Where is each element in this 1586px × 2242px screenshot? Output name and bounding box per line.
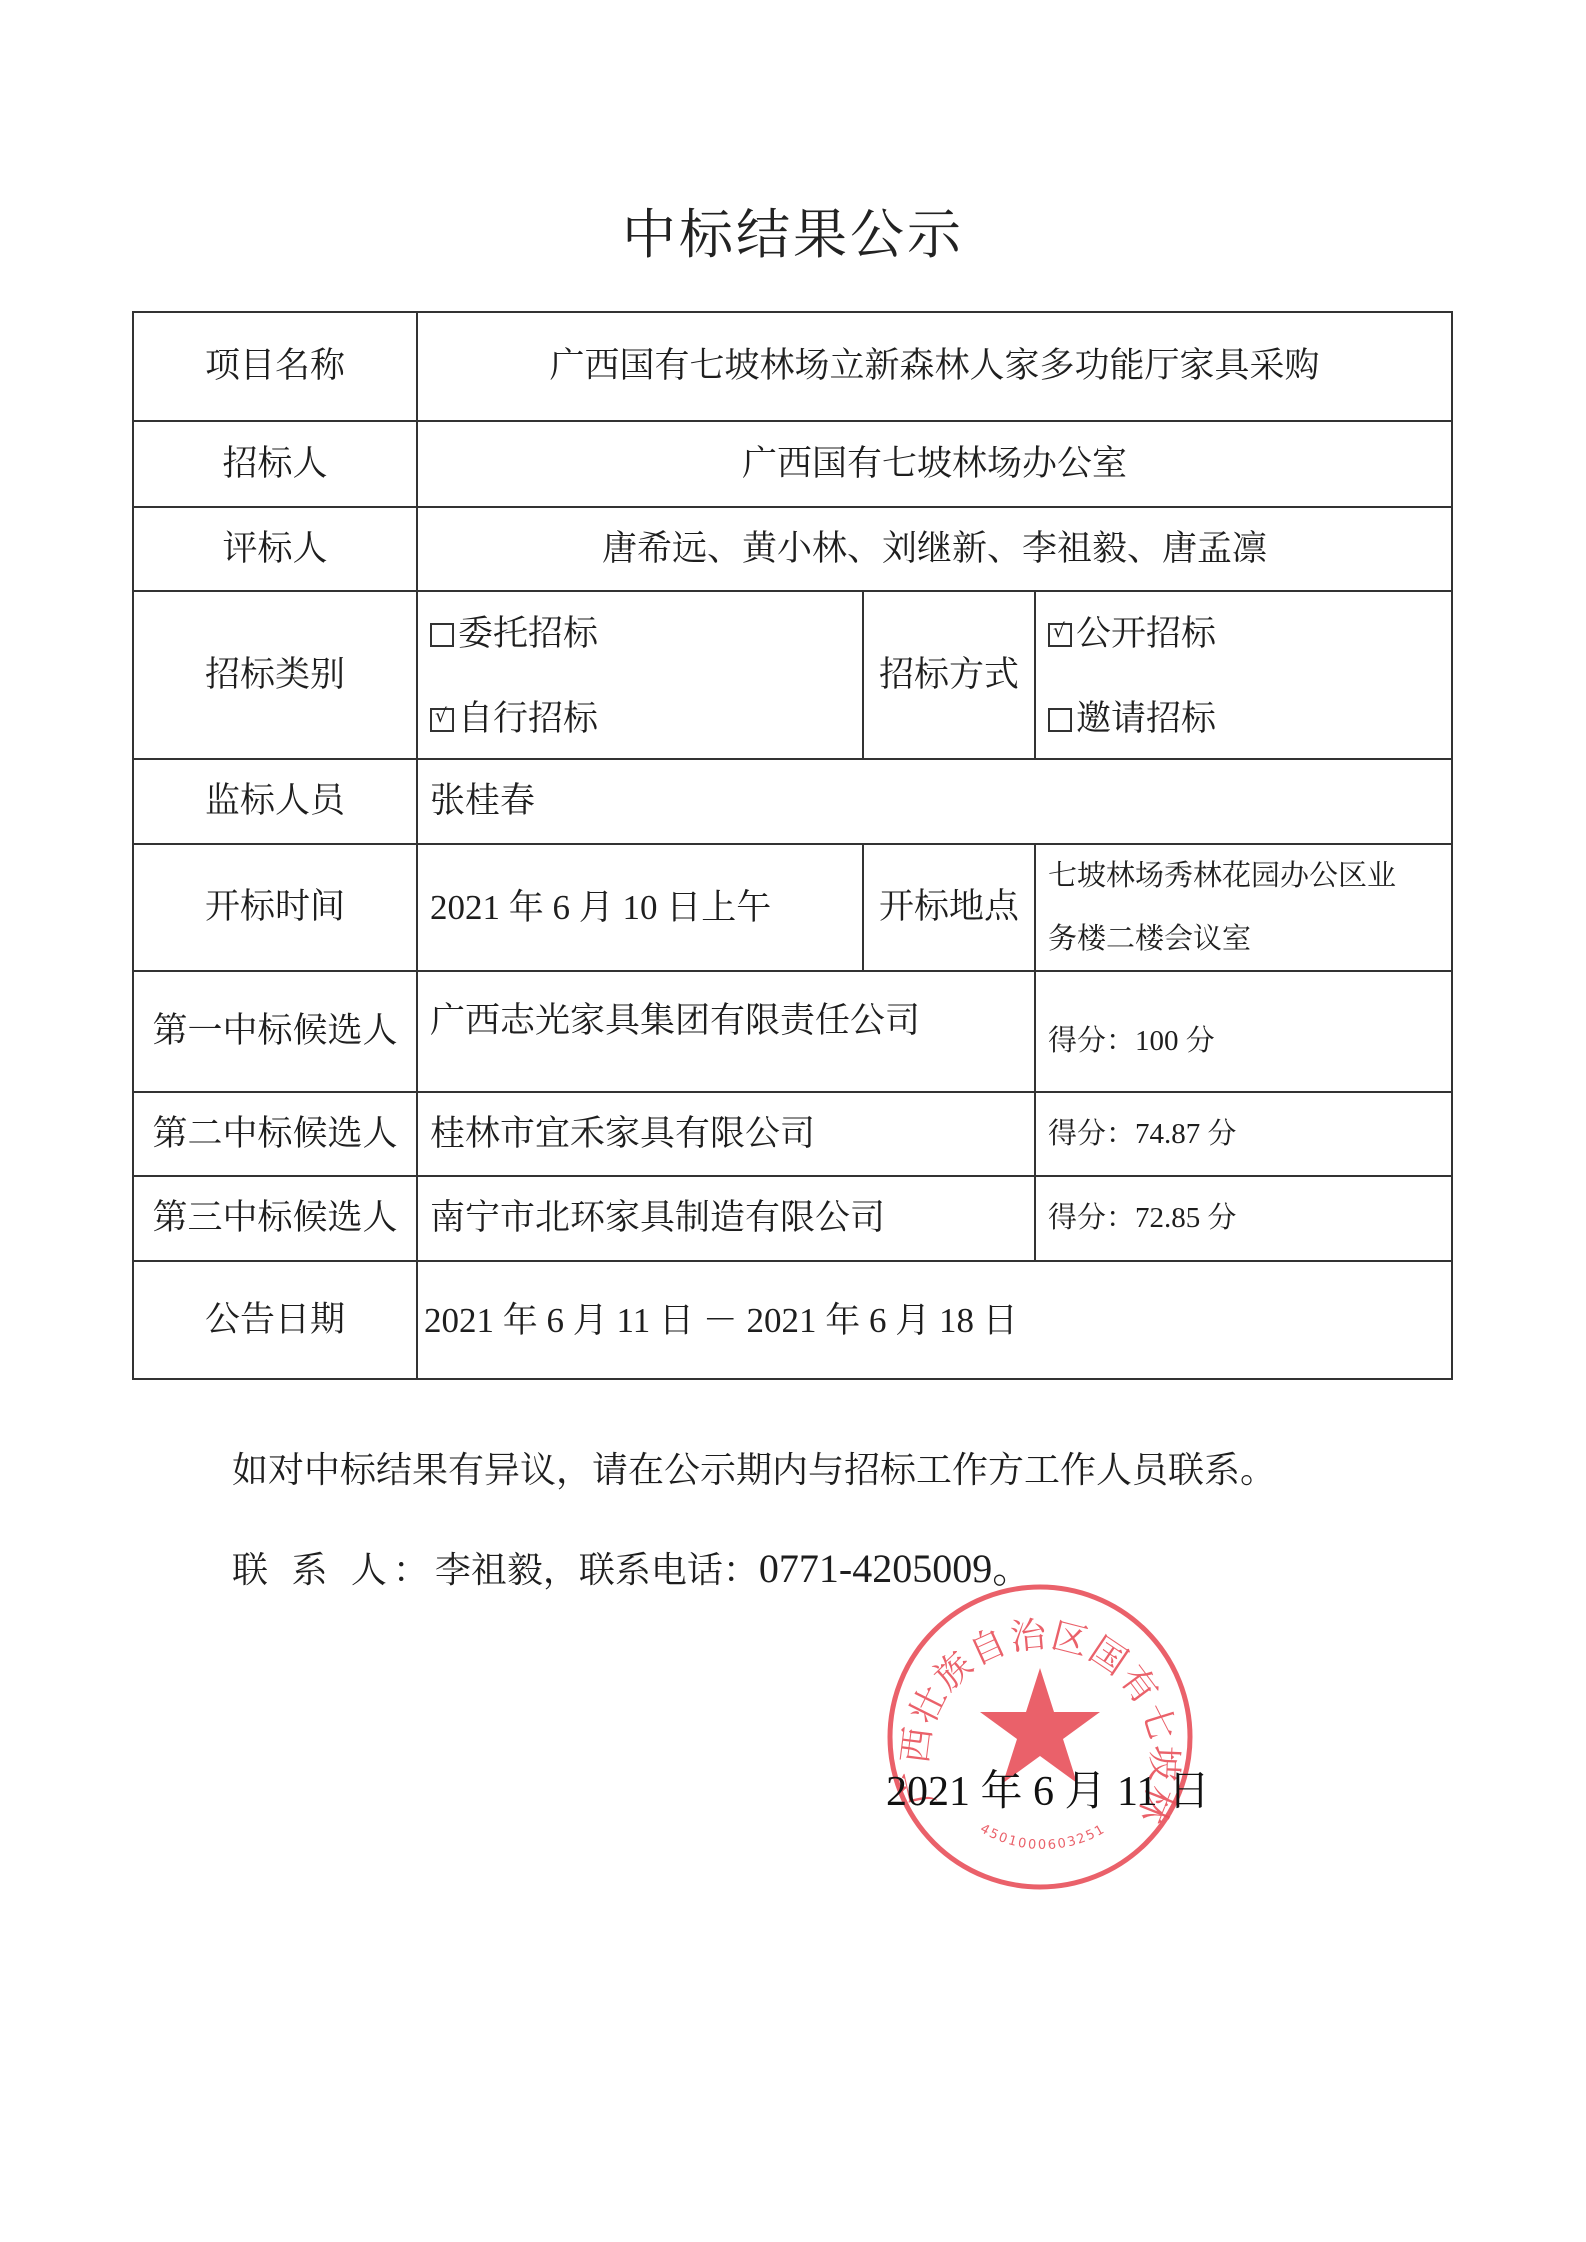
option-label: 自行招标 bbox=[458, 702, 598, 737]
project-name-label: 项目名称 bbox=[134, 312, 416, 420]
col-divider bbox=[1034, 590, 1036, 758]
option-label: 邀请招标 bbox=[1076, 702, 1216, 737]
tender-category-option-self[interactable]: √ 自行招标 bbox=[430, 702, 598, 737]
evaluators-label: 评标人 bbox=[134, 508, 416, 590]
checkbox-checked-icon: √ bbox=[1048, 623, 1072, 647]
tender-category-option-entrusted[interactable]: 委托招标 bbox=[430, 617, 598, 652]
candidate-score: 得分：74.87 分 bbox=[1036, 1093, 1451, 1175]
candidate-score: 得分：72.85 分 bbox=[1036, 1177, 1451, 1260]
candidate-rank: 第一中标候选人 bbox=[134, 972, 416, 1091]
notice-date-value: 2021 年 6 月 11 日 － 2021 年 6 月 18 日 bbox=[412, 1262, 1451, 1378]
candidate-score: 得分：100 分 bbox=[1036, 982, 1451, 1101]
option-label: 公开招标 bbox=[1076, 617, 1216, 652]
svg-text:4501000603251: 4501000603251 bbox=[977, 1821, 1108, 1853]
evaluators-value: 唐希远、黄小林、刘继新、李祖毅、唐孟凛 bbox=[418, 508, 1451, 590]
option-label: 委托招标 bbox=[458, 617, 598, 652]
opening-place-line1: 七坡林场秀林花园办公区业 bbox=[1036, 852, 1451, 898]
opening-time-label: 开标时间 bbox=[134, 845, 416, 970]
project-name-value: 广西国有七坡林场立新森林人家多功能厅家具采购 bbox=[418, 312, 1451, 420]
candidate-rank: 第三中标候选人 bbox=[134, 1177, 416, 1260]
opening-time-value: 2021 年 6 月 10 日上午 bbox=[418, 845, 862, 970]
candidate-company: 南宁市北环家具制造有限公司 bbox=[418, 1177, 1034, 1260]
phone-label: 联系电话： bbox=[579, 1550, 759, 1591]
tender-method-label: 招标方式 bbox=[864, 592, 1034, 758]
contact-label: 联 系 人： bbox=[232, 1550, 435, 1591]
supervisor-label: 监标人员 bbox=[134, 760, 416, 843]
tenderer-label: 招标人 bbox=[134, 422, 416, 506]
official-seal-icon: 广西壮族自治区国有七坡林场 4501000603251 bbox=[883, 1580, 1197, 1894]
checkbox-checked-icon: √ bbox=[430, 708, 454, 732]
page-title: 中标结果公示 bbox=[0, 192, 1586, 269]
candidate-rank: 第二中标候选人 bbox=[134, 1093, 416, 1175]
sign-date: 2021 年 6 月 11 日 bbox=[886, 1758, 1210, 1818]
candidate-company: 桂林市宜禾家具有限公司 bbox=[418, 1093, 1034, 1175]
tenderer-value: 广西国有七坡林场办公室 bbox=[418, 422, 1451, 506]
checkbox-unchecked-icon bbox=[430, 623, 454, 647]
candidate-company: 广西志光家具集团有限责任公司 bbox=[418, 962, 1034, 1081]
notice-date-label: 公告日期 bbox=[134, 1262, 416, 1378]
tender-method-option-invited[interactable]: 邀请招标 bbox=[1048, 702, 1216, 737]
tender-method-option-open[interactable]: √ 公开招标 bbox=[1048, 617, 1216, 652]
checkbox-unchecked-icon bbox=[1048, 708, 1072, 732]
opening-place-label: 开标地点 bbox=[864, 845, 1034, 970]
tender-category-label: 招标类别 bbox=[134, 592, 416, 758]
supervisor-value: 张桂春 bbox=[418, 760, 1451, 843]
opening-place-line2: 务楼二楼会议室 bbox=[1036, 915, 1451, 961]
objection-note: 如对中标结果有异议，请在公示期内与招标工作方工作人员联系。 bbox=[232, 1453, 1276, 1489]
contact-name: 李祖毅， bbox=[435, 1550, 579, 1591]
seal-code: 4501000603251 bbox=[977, 1821, 1108, 1853]
